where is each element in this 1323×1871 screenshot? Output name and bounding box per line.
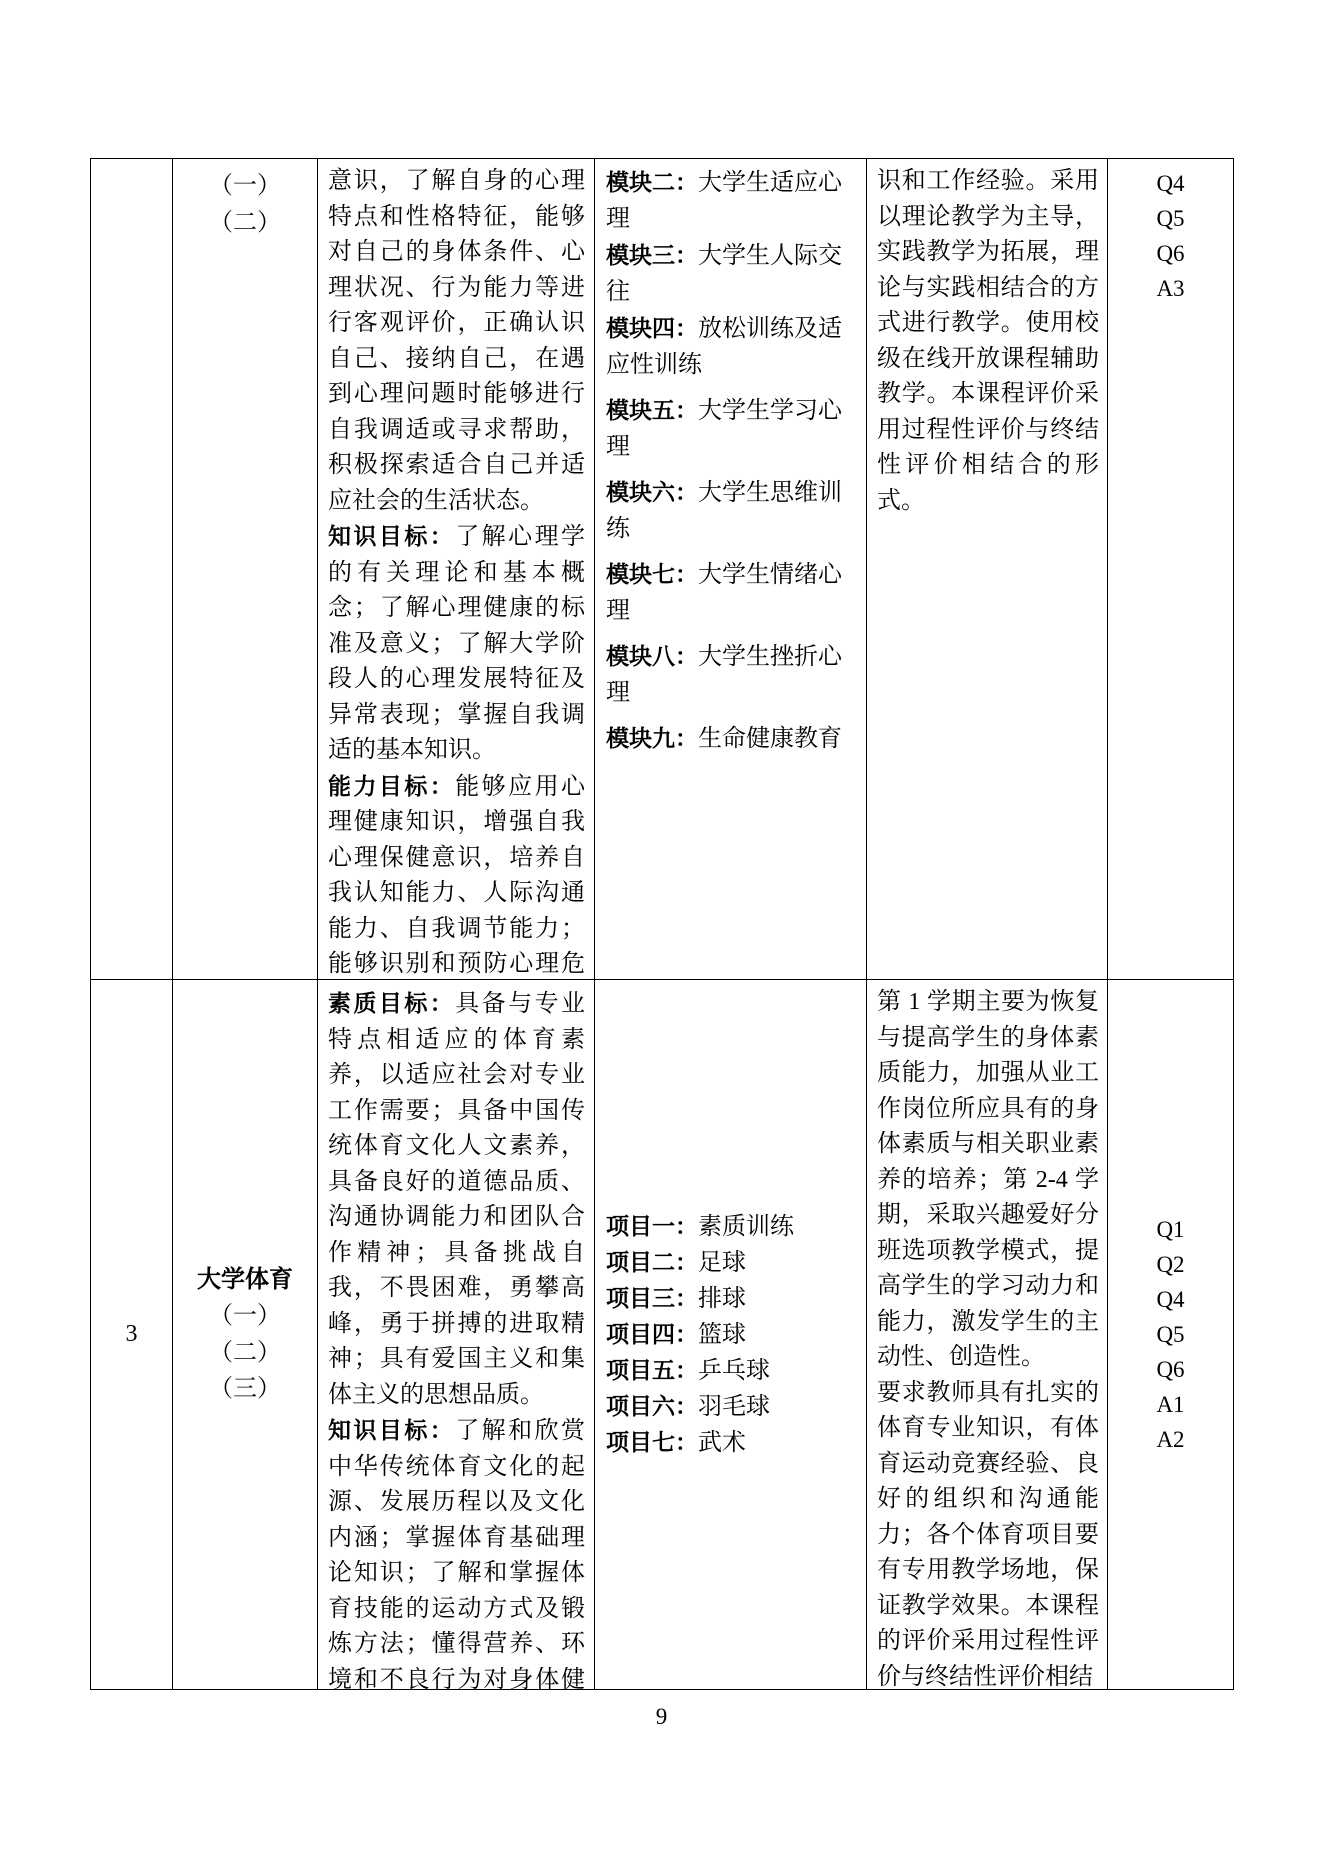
grad-req-code: Q4	[1108, 166, 1233, 201]
objective-label: 素质目标：	[328, 990, 455, 1016]
objectives-paragraph: 意识，了解自身的心理特点和性格特征，能够对自己的身体条件、心理状况、行为能力等进…	[328, 163, 585, 519]
grad-req-code: Q4	[1108, 1282, 1233, 1317]
module-item: 模块五：大学生学习心理	[606, 392, 858, 465]
graduation-requirement-codes-cell: Q1 Q2 Q4 Q5 Q6 A1 A2	[1108, 980, 1233, 1689]
grad-req-code: A3	[1108, 271, 1233, 306]
grad-req-code: Q6	[1108, 1352, 1233, 1387]
project-label: 项目二：	[606, 1249, 698, 1275]
objectives-paragraph: 能力目标：能够应用心理健康知识，增强自我心理保健意识，培养自我认知能力、人际沟通…	[328, 769, 585, 980]
project-label: 项目六：	[606, 1393, 698, 1419]
teaching-paragraph: 要求教师具有扎实的体育专业知识，有体育运动竞赛经验、良好的组织和沟通能力；各个体…	[877, 1376, 1099, 1690]
course-line: （一）	[173, 168, 317, 205]
project-text: 足球	[698, 1250, 746, 1276]
project-label: 项目三：	[606, 1285, 698, 1311]
project-text: 篮球	[698, 1322, 746, 1348]
projects-cell: 项目一：素质训练 项目二：足球 项目三：排球 项目四：篮球 项目五：乒乓球 项目…	[595, 980, 867, 1689]
module-text: 生命健康教育	[698, 726, 842, 752]
module-label: 模块二：	[606, 169, 698, 195]
module-label: 模块七：	[606, 561, 698, 587]
modules-cell: 模块二：大学生适应心理 模块三：大学生人际交往 模块四：放松训练及适应性训练 模…	[595, 159, 867, 979]
module-item: 模块八：大学生挫折心理	[606, 638, 858, 711]
course-name-cell: （一） （二）	[173, 159, 318, 979]
grad-req-code: Q1	[1108, 1212, 1233, 1247]
project-item: 项目三：排球	[606, 1281, 858, 1317]
project-text: 武术	[698, 1430, 746, 1456]
sequence-cell: 3	[91, 980, 173, 1689]
table-row: （一） （二） 意识，了解自身的心理特点和性格特征，能够对自己的身体条件、心理状…	[91, 159, 1233, 980]
objectives-paragraph: 知识目标：了解心理学的有关理论和基本概念；了解心理健康的标准及意义；了解大学阶段…	[328, 519, 585, 769]
objective-label: 知识目标：	[328, 523, 455, 549]
grad-req-code: Q2	[1108, 1247, 1233, 1282]
project-label: 项目一：	[606, 1213, 698, 1239]
module-label: 模块九：	[606, 725, 698, 751]
sequence-cell	[91, 159, 173, 979]
project-item: 项目七：武术	[606, 1425, 858, 1461]
module-item: 模块七：大学生情绪心理	[606, 556, 858, 629]
teaching-paragraph: 第 1 学期主要为恢复与提高学生的身体素质能力，加强从业工作岗位所应具有的身体素…	[877, 985, 1099, 1376]
project-text: 排球	[698, 1286, 746, 1312]
module-item: 模块六：大学生思维训练	[606, 474, 858, 547]
grad-req-code: A2	[1108, 1422, 1233, 1457]
project-item: 项目四：篮球	[606, 1317, 858, 1353]
module-item: 模块九：生命健康教育	[606, 720, 858, 757]
module-label: 模块三：	[606, 242, 698, 268]
graduation-requirement-codes-cell: Q4 Q5 Q6 A3	[1108, 159, 1233, 979]
grad-req-code: Q5	[1108, 201, 1233, 236]
project-item: 项目一：素质训练	[606, 1209, 858, 1245]
course-line: （二）	[173, 205, 317, 242]
module-label: 模块八：	[606, 643, 698, 669]
objectives-cell: 素质目标：具备与专业特点相适应的体育素养，以适应社会对专业工作需要；具备中国传统…	[318, 980, 595, 1689]
project-text: 乒乓球	[698, 1358, 770, 1384]
objective-text: 了解和欣赏中华传统体育文化的起源、发展历程以及文化内涵；掌握体育基础理论知识；了…	[328, 1418, 585, 1689]
module-label: 模块六：	[606, 479, 698, 505]
teaching-requirements-cell: 第 1 学期主要为恢复与提高学生的身体素质能力，加强从业工作岗位所应具有的身体素…	[867, 980, 1108, 1689]
module-label: 模块五：	[606, 397, 698, 423]
course-title: 大学体育	[197, 1262, 293, 1299]
course-name-cell: 大学体育 （一） （二） （三）	[173, 980, 318, 1689]
teaching-requirements-cell: 识和工作经验。采用以理论教学为主导，实践教学为拓展，理论与实践相结合的方式进行教…	[867, 159, 1108, 979]
grad-req-code: Q6	[1108, 236, 1233, 271]
project-item: 项目六：羽毛球	[606, 1389, 858, 1425]
objective-label: 知识目标：	[328, 1417, 455, 1443]
objective-text: 意识，了解自身的心理特点和性格特征，能够对自己的身体条件、心理状况、行为能力等进…	[328, 168, 585, 514]
grad-req-code: Q5	[1108, 1317, 1233, 1352]
course-line: （二）	[209, 1335, 281, 1372]
objective-text: 具备与专业特点相适应的体育素养，以适应社会对专业工作需要；具备中国传统体育文化人…	[328, 991, 585, 1408]
project-label: 项目七：	[606, 1429, 698, 1455]
module-item: 模块四：放松训练及适应性训练	[606, 310, 858, 383]
teaching-paragraph: 识和工作经验。采用以理论教学为主导，实践教学为拓展，理论与实践相结合的方式进行教…	[877, 164, 1099, 519]
objectives-paragraph: 素质目标：具备与专业特点相适应的体育素养，以适应社会对专业工作需要；具备中国传统…	[328, 986, 585, 1413]
project-label: 项目五：	[606, 1357, 698, 1383]
module-item: 模块二：大学生适应心理	[606, 164, 858, 237]
objectives-paragraph: 知识目标：了解和欣赏中华传统体育文化的起源、发展历程以及文化内涵；掌握体育基础理…	[328, 1413, 585, 1689]
objectives-cell: 意识，了解自身的心理特点和性格特征，能够对自己的身体条件、心理状况、行为能力等进…	[318, 159, 595, 979]
project-text: 素质训练	[698, 1214, 794, 1240]
objective-text: 了解心理学的有关理论和基本概念；了解心理健康的标准及意义；了解大学阶段人的心理发…	[328, 524, 585, 763]
objective-text: 能够应用心理健康知识，增强自我心理保健意识，培养自我认知能力、人际沟通能力、自我…	[328, 774, 585, 980]
project-item: 项目五：乒乓球	[606, 1353, 858, 1389]
curriculum-table: （一） （二） 意识，了解自身的心理特点和性格特征，能够对自己的身体条件、心理状…	[90, 158, 1234, 1690]
table-row: 3 大学体育 （一） （二） （三） 素质目标：具备与专业特点相适应的体育素养，…	[91, 980, 1233, 1689]
course-line: （三）	[209, 1371, 281, 1408]
page-number: 9	[0, 1703, 1323, 1731]
project-label: 项目四：	[606, 1321, 698, 1347]
module-item: 模块三：大学生人际交往	[606, 237, 858, 310]
module-label: 模块四：	[606, 315, 698, 341]
project-text: 羽毛球	[698, 1394, 770, 1420]
objective-label: 能力目标：	[328, 773, 455, 799]
course-line: （一）	[209, 1298, 281, 1335]
grad-req-code: A1	[1108, 1387, 1233, 1422]
project-item: 项目二：足球	[606, 1245, 858, 1281]
